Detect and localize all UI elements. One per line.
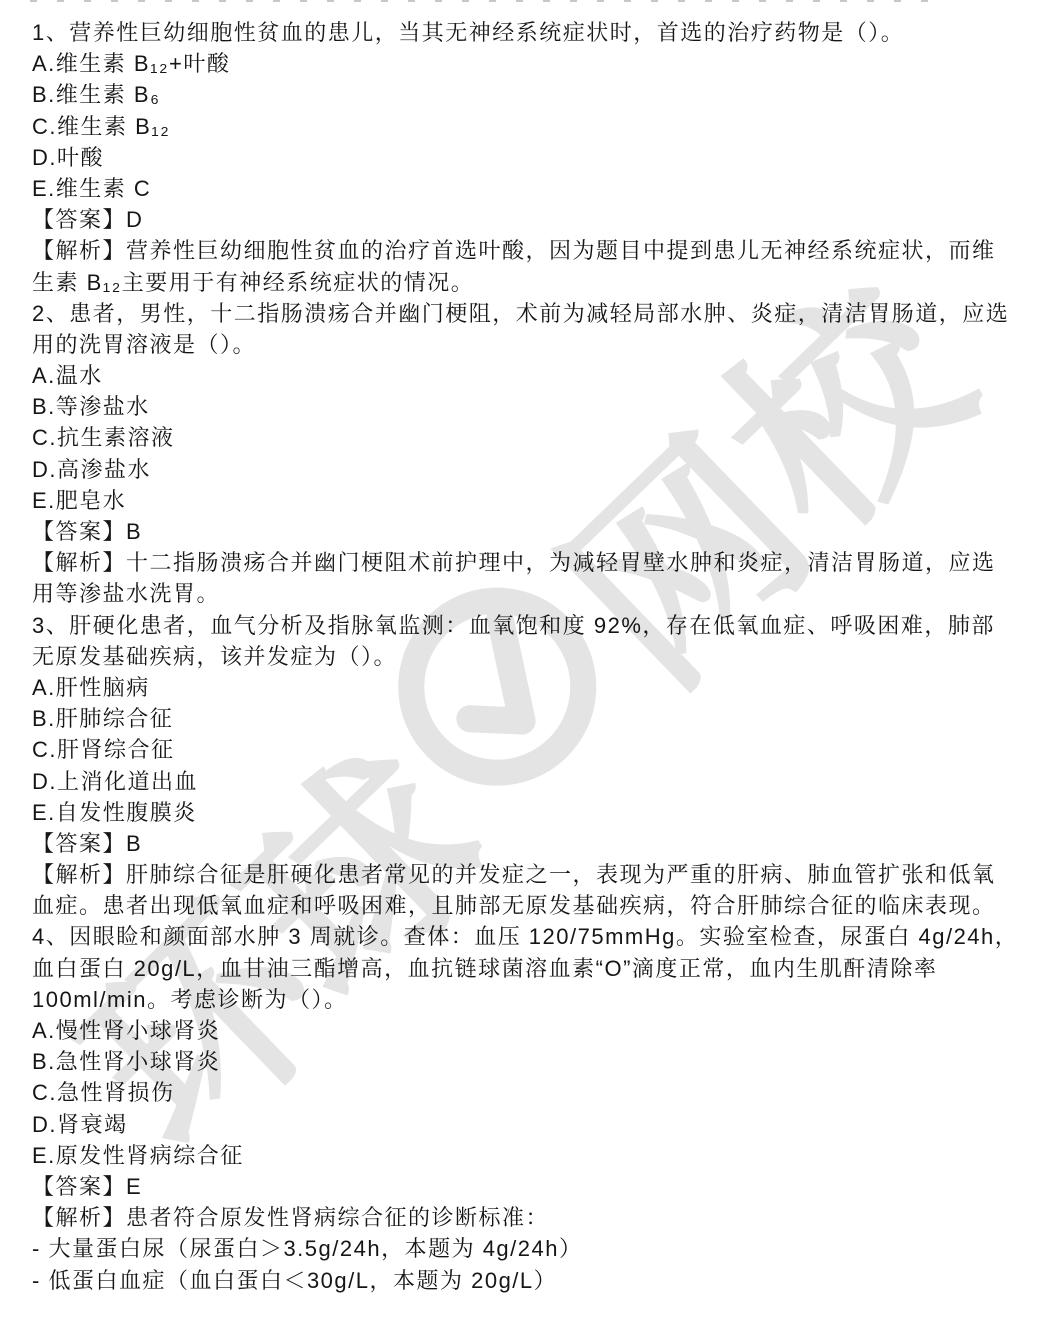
q4-option-c: C.急性肾损伤 [32,1077,1012,1108]
q2-answer-line: 【答案】B [32,516,1012,547]
q1-option-a: A.维生素 B₁₂+叶酸 [32,48,1012,79]
q3-option-b: B.肝肺综合征 [32,703,1012,734]
analysis-text: 营养性巨幼细胞性贫血的治疗首选叶酸，因为题目中提到患儿无神经系统症状，而维 [126,238,996,263]
analysis-label: 【解析】 [32,1205,126,1230]
q2-option-b: B.等渗盐水 [32,391,1012,422]
q3-answer-line: 【答案】B [32,828,1012,859]
q3-analysis-line-1: 【解析】肝肺综合征是肝硬化患者常见的并发症之一，表现为严重的肝病、肺血管扩张和低… [32,859,1012,890]
q2-analysis-line-1: 【解析】十二指肠溃疡合并幽门梗阻术前护理中，为减轻胃壁水肿和炎症，清洁胃肠道，应… [32,547,1012,578]
answer-label: 【答案】 [32,207,126,232]
answer-label: 【答案】 [32,519,126,544]
q4-analysis-line-2: - 大量蛋白尿（尿蛋白＞3.5g/24h，本题为 4g/24h） [32,1233,1012,1264]
answer-value: D [126,207,143,232]
q2-stem-line-1: 2、患者，男性，十二指肠溃疡合并幽门梗阻，术前为减轻局部水肿、炎症，清洁胃肠道，… [32,298,1012,329]
answer-value: B [126,519,142,544]
q1-option-d: D.叶酸 [32,142,1012,173]
q3-option-c: C.肝肾综合征 [32,734,1012,765]
exam-document: 1、营养性巨幼细胞性贫血的患儿，当其无神经系统症状时，首选的治疗药物是（）。 A… [32,17,1012,1296]
answer-value: E [126,1174,142,1199]
q4-stem-line-2: 血白蛋白 20g/L，血甘油三酯增高，血抗链球菌溶血素“O”滴度正常，血内生肌酐… [32,953,1012,984]
q4-stem-line-1: 4、因眼睑和颜面部水肿 3 周就诊。查体：血压 120/75mmHg。实验室检查… [32,921,1012,952]
q4-answer-line: 【答案】E [32,1171,1012,1202]
answer-label: 【答案】 [32,831,126,856]
analysis-label: 【解析】 [32,238,126,263]
analysis-label: 【解析】 [32,862,126,887]
q3-option-a: A.肝性脑病 [32,672,1012,703]
q2-option-d: D.高渗盐水 [32,454,1012,485]
q4-option-b: B.急性肾小球肾炎 [32,1046,1012,1077]
analysis-text: 十二指肠溃疡合并幽门梗阻术前护理中，为减轻胃壁水肿和炎症，清洁胃肠道，应选 [126,550,996,575]
q2-option-a: A.温水 [32,360,1012,391]
q4-option-e: E.原发性肾病综合征 [32,1140,1012,1171]
q1-option-c: C.维生素 B₁₂ [32,111,1012,142]
q4-option-a: A.慢性肾小球肾炎 [32,1015,1012,1046]
answer-value: B [126,831,142,856]
q2-analysis-line-2: 用等渗盐水洗胃。 [32,578,1012,609]
q1-analysis-line-1: 【解析】营养性巨幼细胞性贫血的治疗首选叶酸，因为题目中提到患儿无神经系统症状，而… [32,235,1012,266]
q2-option-e: E.肥皂水 [32,485,1012,516]
page-top-crop-artifact [30,0,938,2]
q4-analysis-line-3: - 低蛋白血症（血白蛋白＜30g/L，本题为 20g/L） [32,1265,1012,1296]
q1-analysis-line-2: 生素 B₁₂主要用于有神经系统症状的情况。 [32,267,1012,298]
analysis-text: 肝肺综合征是肝硬化患者常见的并发症之一，表现为严重的肝病、肺血管扩张和低氧 [126,862,996,887]
q1-answer-line: 【答案】D [32,204,1012,235]
q3-option-e: E.自发性腹膜炎 [32,797,1012,828]
q3-stem-line-1: 3、肝硬化患者，血气分析及指脉氧监测：血氧饱和度 92%，存在低氧血症、呼吸困难… [32,610,1012,641]
q4-stem-line-3: 100ml/min。考虑诊断为（）。 [32,984,1012,1015]
q1-option-b: B.维生素 B₆ [32,79,1012,110]
q4-option-d: D.肾衰竭 [32,1109,1012,1140]
analysis-text: 患者符合原发性肾病综合征的诊断标准： [126,1205,549,1230]
q1-option-e: E.维生素 C [32,173,1012,204]
q1-stem-line-1: 1、营养性巨幼细胞性贫血的患儿，当其无神经系统症状时，首选的治疗药物是（）。 [32,17,1012,48]
q3-analysis-line-2: 血症。患者出现低氧血症和呼吸困难，且肺部无原发基础疾病，符合肝肺综合征的临床表现… [32,890,1012,921]
q3-stem-line-2: 无原发基础疾病，该并发症为（）。 [32,641,1012,672]
q2-option-c: C.抗生素溶液 [32,422,1012,453]
q4-analysis-line-1: 【解析】患者符合原发性肾病综合征的诊断标准： [32,1202,1012,1233]
q2-stem-line-2: 用的洗胃溶液是（）。 [32,329,1012,360]
answer-label: 【答案】 [32,1174,126,1199]
analysis-label: 【解析】 [32,550,126,575]
q3-option-d: D.上消化道出血 [32,766,1012,797]
